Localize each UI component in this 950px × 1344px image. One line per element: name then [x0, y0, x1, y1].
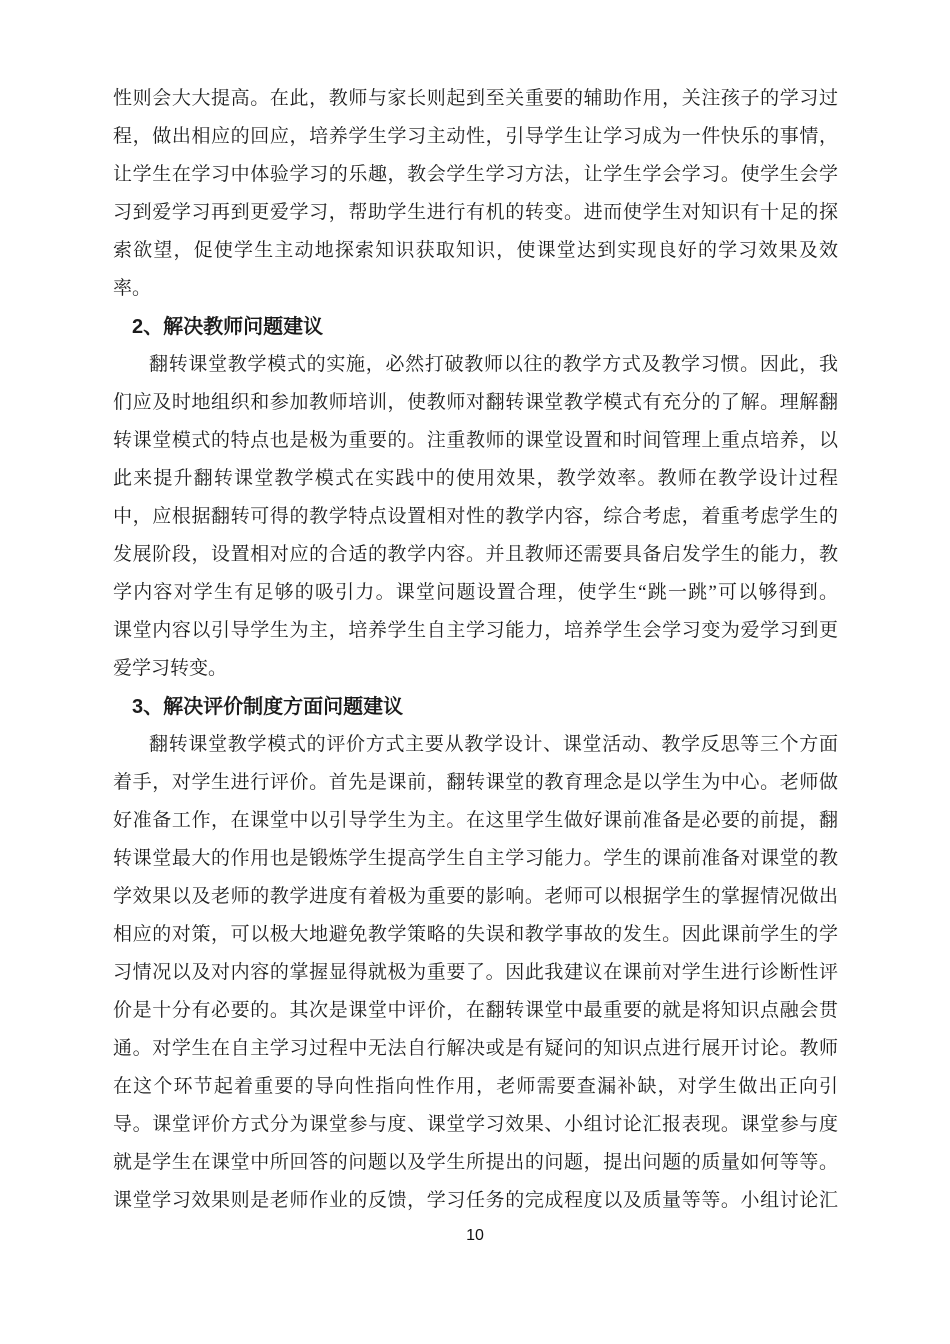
text-line: 爱学习转变。 — [113, 650, 838, 688]
document-page: 性则会大大提高。在此，教师与家长则起到至关重要的辅助作用，关注孩子的学习过程，做… — [0, 0, 950, 1344]
text-line: 课堂内容以引导学生为主，培养学生自主学习能力，培养学生会学习变为爱学习到更 — [113, 612, 838, 650]
text-line: 程，做出相应的回应，培养学生学习主动性，引导学生让学习成为一件快乐的事情， — [113, 118, 838, 156]
text-line: 相应的对策，可以极大地避免教学策略的失误和教学事故的发生。因此课前学生的学 — [113, 916, 838, 954]
text-line: 在这个环节起着重要的导向性指向性作用，老师需要查漏补缺，对学生做出正向引 — [113, 1068, 838, 1106]
text-line: 率。 — [113, 270, 838, 308]
text-line: 此来提升翻转课堂教学模式在实践中的使用效果，教学效率。教师在教学设计过程 — [113, 460, 838, 498]
document-content: 性则会大大提高。在此，教师与家长则起到至关重要的辅助作用，关注孩子的学习过程，做… — [113, 80, 838, 1220]
text-line: 习情况以及对内容的掌握显得就极为重要了。因此我建议在课前对学生进行诊断性评 — [113, 954, 838, 992]
text-line: 翻转课堂教学模式的实施，必然打破教师以往的教学方式及教学习惯。因此，我 — [113, 346, 838, 384]
text-line: 着手，对学生进行评价。首先是课前，翻转课堂的教育理念是以学生为中心。老师做 — [113, 764, 838, 802]
text-line: 索欲望，促使学生主动地探索知识获取知识，使课堂达到实现良好的学习效果及效 — [113, 232, 838, 270]
text-line: 转课堂最大的作用也是锻炼学生提高学生自主学习能力。学生的课前准备对课堂的教 — [113, 840, 838, 878]
text-line: 发展阶段，设置相对应的合适的教学内容。并且教师还需要具备启发学生的能力，教 — [113, 536, 838, 574]
text-line: 就是学生在课堂中所回答的问题以及学生所提出的问题，提出问题的质量如何等等。 — [113, 1144, 838, 1182]
text-line: 好准备工作，在课堂中以引导学生为主。在这里学生做好课前准备是必要的前提，翻 — [113, 802, 838, 840]
text-line: 转课堂模式的特点也是极为重要的。注重教师的课堂设置和时间管理上重点培养，以 — [113, 422, 838, 460]
page-number: 10 — [0, 1224, 950, 1248]
text-line: 课堂学习效果则是老师作业的反馈，学习任务的完成程度以及质量等等。小组讨论汇 — [113, 1182, 838, 1220]
text-line: 中，应根据翻转可得的教学特点设置相对性的教学内容，综合考虑，着重考虑学生的 — [113, 498, 838, 536]
text-line: 让学生在学习中体验学习的乐趣，教会学生学习方法，让学生学会学习。使学生会学 — [113, 156, 838, 194]
text-line: 通。对学生在自主学习过程中无法自行解决或是有疑问的知识点进行展开讨论。教师 — [113, 1030, 838, 1068]
text-line: 翻转课堂教学模式的评价方式主要从教学设计、课堂活动、教学反思等三个方面 — [113, 726, 838, 764]
text-line: 习到爱学习再到更爱学习，帮助学生进行有机的转变。进而使学生对知识有十足的探 — [113, 194, 838, 232]
text-line: 导。课堂评价方式分为课堂参与度、课堂学习效果、小组讨论汇报表现。课堂参与度 — [113, 1106, 838, 1144]
text-line: 性则会大大提高。在此，教师与家长则起到至关重要的辅助作用，关注孩子的学习过 — [113, 80, 838, 118]
text-line: 学内容对学生有足够的吸引力。课堂问题设置合理，使学生“跳一跳”可以够得到。 — [113, 574, 838, 612]
text-line: 价是十分有必要的。其次是课堂中评价，在翻转课堂中最重要的就是将知识点融会贯 — [113, 992, 838, 1030]
heading-teacher-suggestions: 2、解决教师问题建议 — [113, 308, 838, 346]
text-line: 们应及时地组织和参加教师培训，使教师对翻转课堂教学模式有充分的了解。理解翻 — [113, 384, 838, 422]
heading-evaluation-suggestions: 3、解决评价制度方面问题建议 — [113, 688, 838, 726]
text-line: 学效果以及老师的教学进度有着极为重要的影响。老师可以根据学生的掌握情况做出 — [113, 878, 838, 916]
